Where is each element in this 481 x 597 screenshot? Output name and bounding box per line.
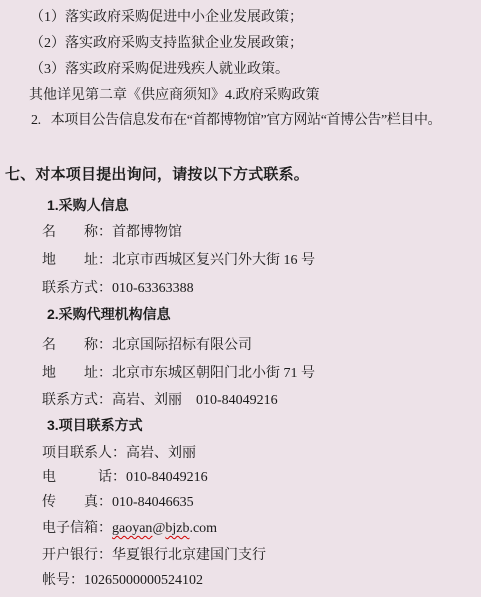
project-bank-row: 开户银行：华夏银行北京建国门支行 bbox=[42, 546, 266, 565]
field-label: 联系方式： bbox=[42, 281, 112, 296]
field-label: 地 址： bbox=[42, 366, 112, 381]
field-label: 项目联系人： bbox=[42, 446, 126, 461]
agency-address-row: 地 址：北京市东城区朝阳门北小街 71 号 bbox=[42, 364, 315, 383]
field-value: 北京市西城区复兴门外大街 16 号 bbox=[112, 253, 315, 268]
email-user: gaoyan bbox=[112, 521, 152, 536]
field-label: 名 称： bbox=[42, 225, 112, 240]
field-value: 首都博物馆 bbox=[112, 225, 182, 240]
field-value: 010-63363388 bbox=[112, 281, 194, 296]
field-value: 010-84049216 bbox=[126, 470, 208, 485]
field-label: 帐号： bbox=[42, 573, 84, 588]
agency-name-row: 名 称：北京国际招标有限公司 bbox=[42, 336, 252, 355]
field-value: 高岩、刘丽 010-84049216 bbox=[112, 393, 278, 408]
email-at-sign: @ bbox=[152, 521, 165, 536]
field-value: 10265000000524102 bbox=[84, 573, 203, 588]
agency-title: 2.采购代理机构信息 bbox=[47, 305, 171, 324]
announcement-line: 2.本项目公告信息发布在“首都博物馆”官方网站“首博公告”栏目中。 bbox=[31, 111, 441, 130]
project-contact-title: 3.项目联系方式 bbox=[47, 416, 143, 435]
field-value: 010-84046635 bbox=[112, 495, 194, 510]
inquiry-section-heading: 七、对本项目提出询问，请按以下方式联系。 bbox=[5, 165, 309, 184]
project-phone-row: 电 话：010-84049216 bbox=[42, 468, 208, 487]
field-label: 传 真： bbox=[42, 495, 112, 510]
agency-contact-row: 联系方式：高岩、刘丽 010-84049216 bbox=[42, 391, 278, 410]
field-value: 华夏银行北京建国门支行 bbox=[112, 548, 266, 563]
field-label: 联系方式： bbox=[42, 393, 112, 408]
email-tld: .com bbox=[189, 521, 217, 536]
purchaser-contact-row: 联系方式：010-63363388 bbox=[42, 279, 194, 298]
procurement-notice-page: （1）落实政府采购促进中小企业发展政策； （2）落实政府采购支持监狱企业发展政策… bbox=[0, 0, 481, 597]
project-account-row: 帐号：10265000000524102 bbox=[42, 571, 203, 590]
field-label: 电 话： bbox=[42, 470, 126, 485]
field-label: 开户银行： bbox=[42, 548, 112, 563]
field-label: 电子信箱： bbox=[42, 521, 112, 536]
policy-item-1: （1）落实政府采购促进中小企业发展政策； bbox=[30, 8, 303, 27]
announcement-number: 2. bbox=[31, 113, 41, 128]
announcement-text: 本项目公告信息发布在“首都博物馆”官方网站“首博公告”栏目中。 bbox=[51, 113, 441, 128]
purchaser-address-row: 地 址：北京市西城区复兴门外大街 16 号 bbox=[42, 251, 315, 270]
field-value: 高岩、刘丽 bbox=[126, 446, 196, 461]
field-label: 地 址： bbox=[42, 253, 112, 268]
field-label: 名 称： bbox=[42, 338, 112, 353]
policy-item-3: （3）落实政府采购促进残疾人就业政策。 bbox=[30, 60, 289, 79]
field-value: 北京市东城区朝阳门北小街 71 号 bbox=[112, 366, 315, 381]
purchaser-title: 1.采购人信息 bbox=[47, 196, 129, 215]
project-fax-row: 传 真：010-84046635 bbox=[42, 493, 194, 512]
policy-other-note: 其他详见第二章《供应商须知》4.政府采购政策 bbox=[29, 86, 320, 105]
field-value: 北京国际招标有限公司 bbox=[112, 338, 252, 353]
project-contact-person-row: 项目联系人：高岩、刘丽 bbox=[42, 444, 196, 463]
policy-item-2: （2）落实政府采购支持监狱企业发展政策； bbox=[30, 34, 303, 53]
project-email-row: 电子信箱：gaoyan@bjzb.com bbox=[42, 519, 217, 538]
email-domain: bjzb bbox=[165, 521, 189, 536]
purchaser-name-row: 名 称：首都博物馆 bbox=[42, 223, 182, 242]
